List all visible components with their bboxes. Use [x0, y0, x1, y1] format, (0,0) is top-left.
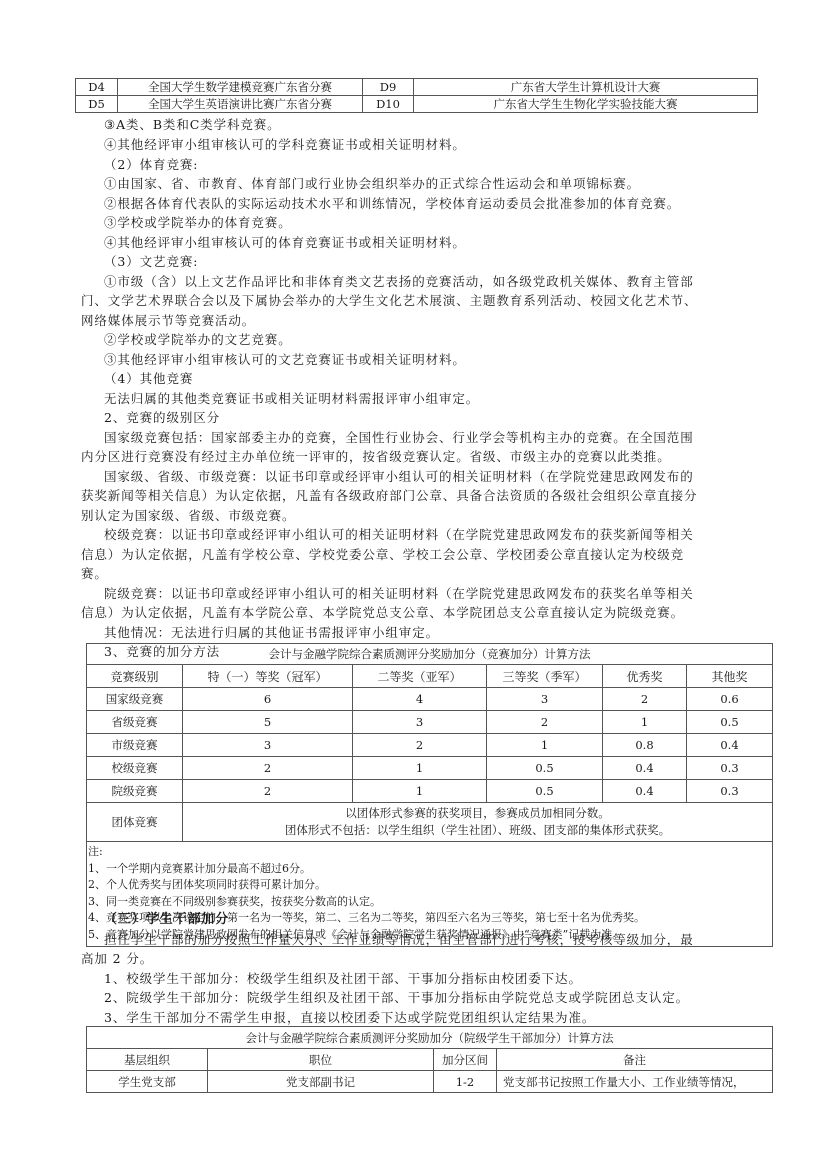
paragraph-line: 担任学生干部的加分按照工作量大小、工作业绩等情况，由主管部门进行考核，按考核等级… [104, 931, 694, 949]
level-cell: 省级竞赛 [87, 711, 183, 734]
score-cell: 0.5 [487, 757, 603, 780]
column-header: 二等奖（亚军） [353, 665, 487, 688]
level-cell: 校级竞赛 [87, 757, 183, 780]
team-label: 团体竞赛 [87, 803, 183, 842]
table-title: 会计与金融学院综合素质测评分奖励加分（竞赛加分）计算方法 [87, 644, 773, 665]
paragraph-line: 高加 2 分。 [81, 950, 153, 968]
cadre-score-table: 会计与金融学院综合素质测评分奖励加分（院级学生干部加分）计算方法 基层组织 职位… [86, 1026, 773, 1093]
score-cell: 0.6 [687, 688, 773, 711]
table-row: 国家级竞赛 6 4 3 2 0.6 [87, 688, 773, 711]
remark-cell: 党支部书记按照工作量大小、工作业绩等情况， [497, 1071, 773, 1093]
team-description: 以团体形式参赛的获奖项目，参赛成员加相同分数。 团体形式不包括：以学生组织（学生… [183, 803, 773, 842]
level-cell: 国家级竞赛 [87, 688, 183, 711]
academic-item: ④其他经评审小组审核认可的学科竞赛证书或相关证明材料。 [104, 136, 466, 154]
table-row: D5 全国大学生英语演讲比赛广东省分赛 D10 广东省大学生生物化学实验技能大赛 [76, 96, 758, 113]
arts-heading: （3）文艺竞赛: [104, 253, 198, 271]
code-cell: D5 [76, 96, 118, 113]
notes-title: 注: [88, 844, 772, 861]
academic-item: ③A类、B类和C类学科竞赛。 [104, 116, 281, 134]
score-cell: 6 [183, 688, 353, 711]
other-heading: （4）其他竞赛 [104, 370, 193, 388]
name-cell: 广东省大学生生物化学实验技能大赛 [414, 96, 758, 113]
sports-item: ②根据各体育代表队的实际运动技术水平和训练情况，学校体育运动委员会批准参加的体育… [104, 195, 680, 213]
column-header: 加分区间 [434, 1049, 497, 1071]
paragraph-line: 赛。 [81, 565, 108, 583]
arts-item: ③其他经评审小组审核认可的文艺竞赛证书或相关证明材料。 [104, 351, 466, 369]
sports-item: ①由国家、省、市教育、体育部门或行业协会组织举办的正式综合性运动会和单项锦标赛。 [104, 175, 640, 193]
score-cell: 5 [183, 711, 353, 734]
table-header-row: 竞赛级别 特（一）等奖（冠军） 二等奖（亚军） 三等奖（季军） 优秀奖 其他奖 [87, 665, 773, 688]
team-desc-line: 团体形式不包括：以学生组织（学生社团）、班级、团支部的集体形式获奖。 [183, 822, 772, 839]
paragraph-line: 其他情况：无法进行归属的其他证书需报评审小组审定。 [104, 624, 439, 642]
table-row: 校级竞赛 2 1 0.5 0.4 0.3 [87, 757, 773, 780]
note-item: 3、同一类竞赛在不同级别参赛获奖，按获奖分数高的认定。 [88, 894, 772, 911]
paragraph-line: 信息）为认定依据，凡盖有学校公章、学校党委公章、学校工会公章、学校团委公章直接认… [81, 546, 684, 564]
name-cell: 全国大学生数学建模竞赛广东省分赛 [118, 79, 363, 96]
score-cell: 1 [353, 780, 487, 803]
score-cell: 0.5 [687, 711, 773, 734]
score-cell: 0.4 [603, 757, 687, 780]
code-cell: D10 [363, 96, 414, 113]
score-cell: 0.3 [687, 780, 773, 803]
score-cell: 0.8 [603, 734, 687, 757]
paragraph-line: 国家级、省级、市级竞赛：以证书印章或经评审小组认可的相关证明材料（在学院党建思政… [104, 468, 694, 486]
arts-item: ②学校或学院举办的文艺竞赛。 [104, 331, 292, 349]
paragraph-line: 信息）为认定依据，凡盖有本学院公章、本学院党总支公章、本学院团总支公章直接认定为… [81, 604, 684, 622]
note-item: 1、一个学期内竞赛累计加分最高不超过6分。 [88, 861, 772, 878]
table-row: D4 全国大学生数学建模竞赛广东省分赛 D9 广东省大学生计算机设计大赛 [76, 79, 758, 96]
score-cell: 3 [183, 734, 353, 757]
table-header-row: 基层组织 职位 加分区间 备注 [87, 1049, 773, 1071]
column-header: 特（一）等奖（冠军） [183, 665, 353, 688]
paragraph-line: 校级竞赛：以证书印章或经评审小组认可的相关证明材料（在学院党建思政网发布的获奖新… [104, 526, 694, 544]
score-cell: 1 [487, 734, 603, 757]
score-cell: 2 [183, 780, 353, 803]
score-cell: 3 [353, 711, 487, 734]
paragraph-line: 院级竞赛：以证书印章或经评审小组认可的相关证明材料（在学院党建思政网发布的获奖名… [104, 585, 694, 603]
section-heading: （三）学生干部加分 [104, 911, 229, 929]
score-cell: 1 [603, 711, 687, 734]
column-header: 职位 [208, 1049, 434, 1071]
org-cell: 学生党支部 [87, 1071, 208, 1093]
arts-item-line: ①市级（含）以上文艺作品评比和非体育类文艺表扬的竞赛活动，如各级党政机关媒体、教… [104, 273, 694, 291]
score-cell: 0.4 [603, 780, 687, 803]
section-heading: 2、竞赛的级别区分 [104, 409, 220, 427]
arts-item-line: 门、文学艺术界联合会以及下属协会举办的大学生文化艺术展演、主题教育系列活动、校园… [81, 292, 697, 310]
column-header: 优秀奖 [603, 665, 687, 688]
arts-item-line: 网络媒体展示节等竞赛活动。 [81, 312, 255, 330]
column-header: 其他奖 [687, 665, 773, 688]
score-cell: 0.3 [687, 757, 773, 780]
table-title: 会计与金融学院综合素质测评分奖励加分（院级学生干部加分）计算方法 [87, 1027, 773, 1049]
score-cell: 2 [353, 734, 487, 757]
sports-item: ③学校或学院举办的体育竞赛。 [104, 214, 292, 232]
name-cell: 全国大学生英语演讲比赛广东省分赛 [118, 96, 363, 113]
paragraph-line: 内分区进行竞赛没有经过主办单位统一评审的，按省级竞赛认定。省级、市级主办的竞赛以… [81, 448, 671, 466]
cadre-item: 1、校级学生干部加分：校级学生组织及社团干部、干事加分指标由校团委下达。 [104, 970, 582, 988]
code-cell: D9 [363, 79, 414, 96]
column-header: 备注 [497, 1049, 773, 1071]
score-cell: 2 [183, 757, 353, 780]
team-desc-line: 以团体形式参赛的获奖项目，参赛成员加相同分数。 [183, 805, 772, 822]
score-cell: 1 [353, 757, 487, 780]
score-cell: 2 [603, 688, 687, 711]
score-cell: 0.4 [687, 734, 773, 757]
sports-heading: （2）体育竞赛: [104, 156, 198, 174]
sports-item: ④其他经评审小组审核认可的体育竞赛证书或相关证明材料。 [104, 234, 466, 252]
column-header: 竞赛级别 [87, 665, 183, 688]
score-cell: 0.5 [487, 780, 603, 803]
score-cell: 2 [487, 711, 603, 734]
cadre-item: 2、院级学生干部加分：院级学生组织及社团干部、干事加分指标由学院党总支或学院团总… [104, 989, 689, 1007]
cadre-item: 3、学生干部加分不需学生申报，直接以校团委下达或学院党团组织认定结果为准。 [104, 1009, 595, 1027]
note-item: 2、个人优秀奖与团体奖项同时获得可累计加分。 [88, 877, 772, 894]
table-row: 市级竞赛 3 2 1 0.8 0.4 [87, 734, 773, 757]
competition-list-table: D4 全国大学生数学建模竞赛广东省分赛 D9 广东省大学生计算机设计大赛 D5 … [75, 78, 758, 113]
other-text: 无法归属的其他类竞赛证书或相关证明材料需报评审小组审定。 [104, 390, 479, 408]
column-header: 基层组织 [87, 1049, 208, 1071]
paragraph-line: 获奖新闻等相关信息）为认定依据，凡盖有各级政府部门公章、具备合法资质的各级社会组… [81, 487, 697, 505]
level-cell: 市级竞赛 [87, 734, 183, 757]
table-row: 省级竞赛 5 3 2 1 0.5 [87, 711, 773, 734]
column-header: 三等奖（季军） [487, 665, 603, 688]
score-cell: 3 [487, 688, 603, 711]
level-cell: 院级竞赛 [87, 780, 183, 803]
name-cell: 广东省大学生计算机设计大赛 [414, 79, 758, 96]
paragraph-line: 别认定为国家级、省级、市级竞赛。 [81, 507, 295, 525]
team-row: 团体竞赛 以团体形式参赛的获奖项目，参赛成员加相同分数。 团体形式不包括：以学生… [87, 803, 773, 842]
table-row: 学生党支部 党支部副书记 1-2 党支部书记按照工作量大小、工作业绩等情况， [87, 1071, 773, 1093]
position-cell: 党支部副书记 [208, 1071, 434, 1093]
competition-score-table: 会计与金融学院综合素质测评分奖励加分（竞赛加分）计算方法 竞赛级别 特（一）等奖… [86, 643, 773, 947]
range-cell: 1-2 [434, 1071, 497, 1093]
code-cell: D4 [76, 79, 118, 96]
paragraph-line: 国家级竞赛包括：国家部委主办的竞赛，全国性行业协会、行业学会等机构主办的竞赛。在… [104, 429, 694, 447]
score-cell: 4 [353, 688, 487, 711]
table-row: 院级竞赛 2 1 0.5 0.4 0.3 [87, 780, 773, 803]
